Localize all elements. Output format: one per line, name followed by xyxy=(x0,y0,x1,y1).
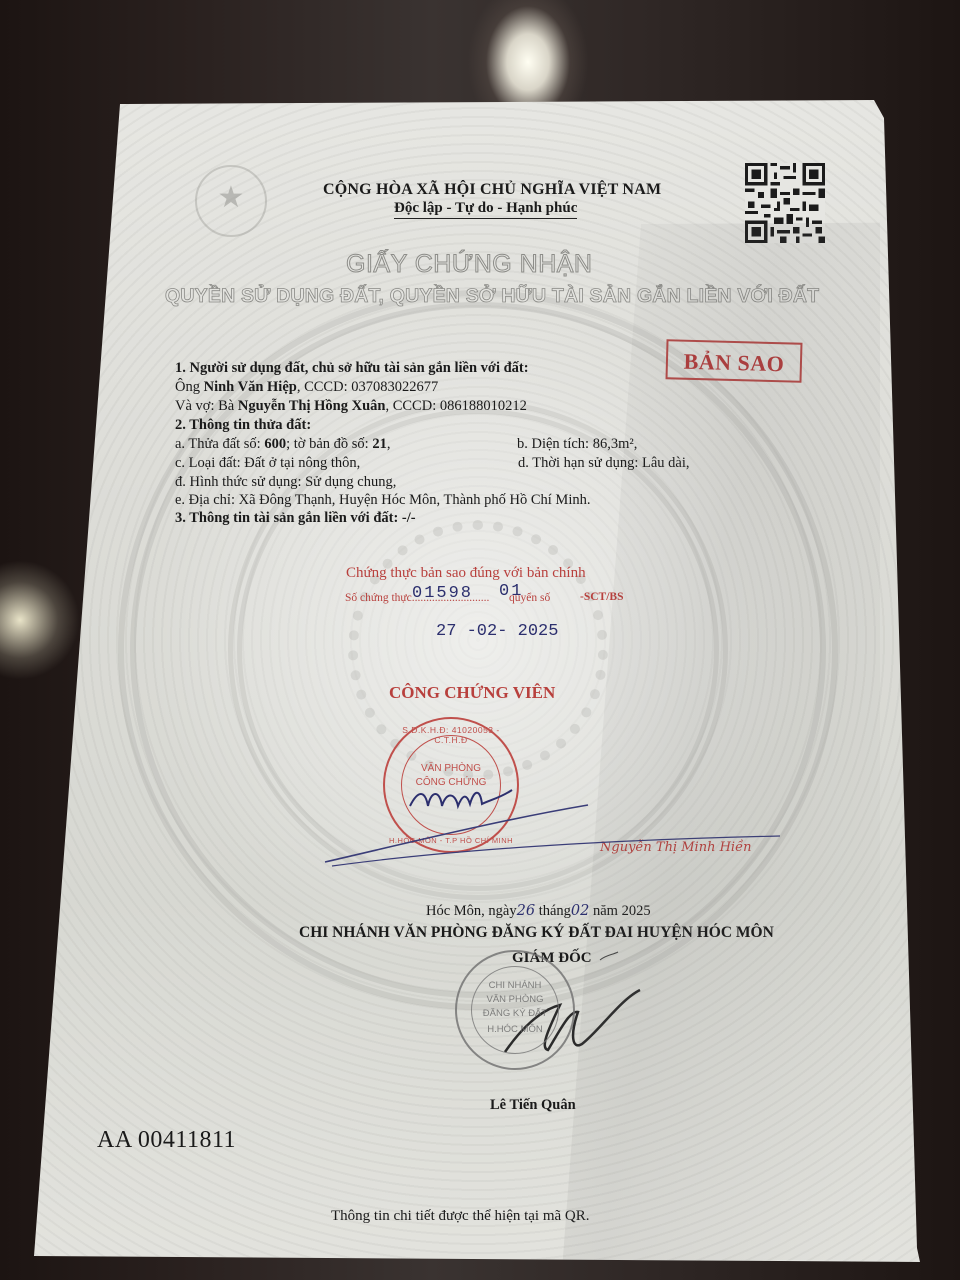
country-name: CỘNG HÒA XÃ HỘI CHỦ NGHĨA VIỆT NAM xyxy=(323,181,661,199)
seal-arc-text: S.Đ.K.H.Đ: 41020053 - C.T.H.Đ xyxy=(385,725,517,745)
office-seal-line1: CHI NHÁNH xyxy=(457,980,573,991)
address-line: e. Địa chỉ: Xã Đông Thạnh, Huyện Hóc Môn… xyxy=(175,492,590,509)
map-label: ; tờ bản đồ số: xyxy=(286,436,372,452)
land-type-line: c. Loại đất: Đất ở tại nông thôn, xyxy=(175,455,360,472)
spouse-name: Nguyễn Thị Hồng Xuân xyxy=(238,398,386,414)
book-label: quyển số xyxy=(509,592,550,604)
certification-date: 27 -02- 2025 xyxy=(436,622,558,641)
number-label: Số chứng thực xyxy=(345,592,412,604)
section1-heading: 1. Người sử dụng đất, chủ sở hữu tài sản… xyxy=(175,360,529,377)
parcel-line: a. Thửa đất số: 600; tờ bản đồ số: 21, xyxy=(175,436,390,453)
owner-line: Ông Ninh Văn Hiệp, CCCD: 037083022677 xyxy=(175,379,438,396)
spouse-id: , CCCD: 086188010212 xyxy=(385,398,526,414)
month-label: tháng xyxy=(539,903,571,919)
owner-prefix: Ông xyxy=(175,379,204,395)
signer-name: Lê Tiến Quân xyxy=(490,1097,576,1114)
office-seal: CHI NHÁNH VĂN PHÒNG ĐĂNG KÝ ĐẤT H.HÓC MÔ… xyxy=(455,950,575,1070)
issuance-month: 02 xyxy=(571,903,589,919)
section2-heading: 2. Thông tin thửa đất: xyxy=(175,417,311,434)
owner-id: , CCCD: 037083022677 xyxy=(297,379,438,395)
notary-title: CÔNG CHỨNG VIÊN xyxy=(389,683,555,703)
map-number: 21 xyxy=(372,436,387,452)
section3-heading: 3. Thông tin tài sản gắn liền với đất: -… xyxy=(175,510,416,527)
national-emblem-icon: ★ xyxy=(195,165,267,237)
owner-name: Ninh Văn Hiệp xyxy=(204,379,297,395)
serial-number: AA 00411811 xyxy=(97,1127,236,1154)
light-glare xyxy=(0,560,80,680)
usage-form-line: đ. Hình thức sử dụng: Sử dụng chung, xyxy=(175,474,396,491)
parcel-number: 600 xyxy=(264,436,286,452)
area-line: b. Diện tích: 86,3m², xyxy=(517,436,637,453)
certification-line: Chứng thực bản sao đúng với bản chính xyxy=(346,565,586,582)
parcel-label: a. Thửa đất số: xyxy=(175,436,264,452)
issuance-day: 26 xyxy=(517,903,535,919)
seal-bottom-text: H.HÓC MÔN - T.P HỒ CHÍ MINH xyxy=(385,836,517,845)
office-seal-line2: VĂN PHÒNG xyxy=(457,994,573,1005)
qr-footer-note: Thông tin chi tiết được thể hiện tại mã … xyxy=(331,1208,590,1225)
place-date-prefix: Hóc Môn, ngày xyxy=(426,903,517,919)
seal-line1: VĂN PHÒNG xyxy=(385,763,517,774)
certificate-title: GIẤY CHỨNG NHẬN xyxy=(346,250,592,279)
parcel-suffix: , xyxy=(387,436,391,452)
spouse-line: Và vợ: Bà Nguyễn Thị Hồng Xuân, CCCD: 08… xyxy=(175,398,527,415)
notary-seal: S.Đ.K.H.Đ: 41020053 - C.T.H.Đ VĂN PHÒNG … xyxy=(383,717,519,853)
office-seal-line3: ĐĂNG KÝ ĐẤT xyxy=(457,1008,573,1019)
office-seal-line4: H.HÓC MÔN xyxy=(457,1024,573,1035)
national-motto: Độc lập - Tự do - Hạnh phúc xyxy=(394,200,577,219)
spouse-prefix: Và vợ: Bà xyxy=(175,398,238,414)
seal-line2: CÔNG CHỨNG xyxy=(385,777,517,788)
certification-number: 01598 xyxy=(412,584,473,603)
